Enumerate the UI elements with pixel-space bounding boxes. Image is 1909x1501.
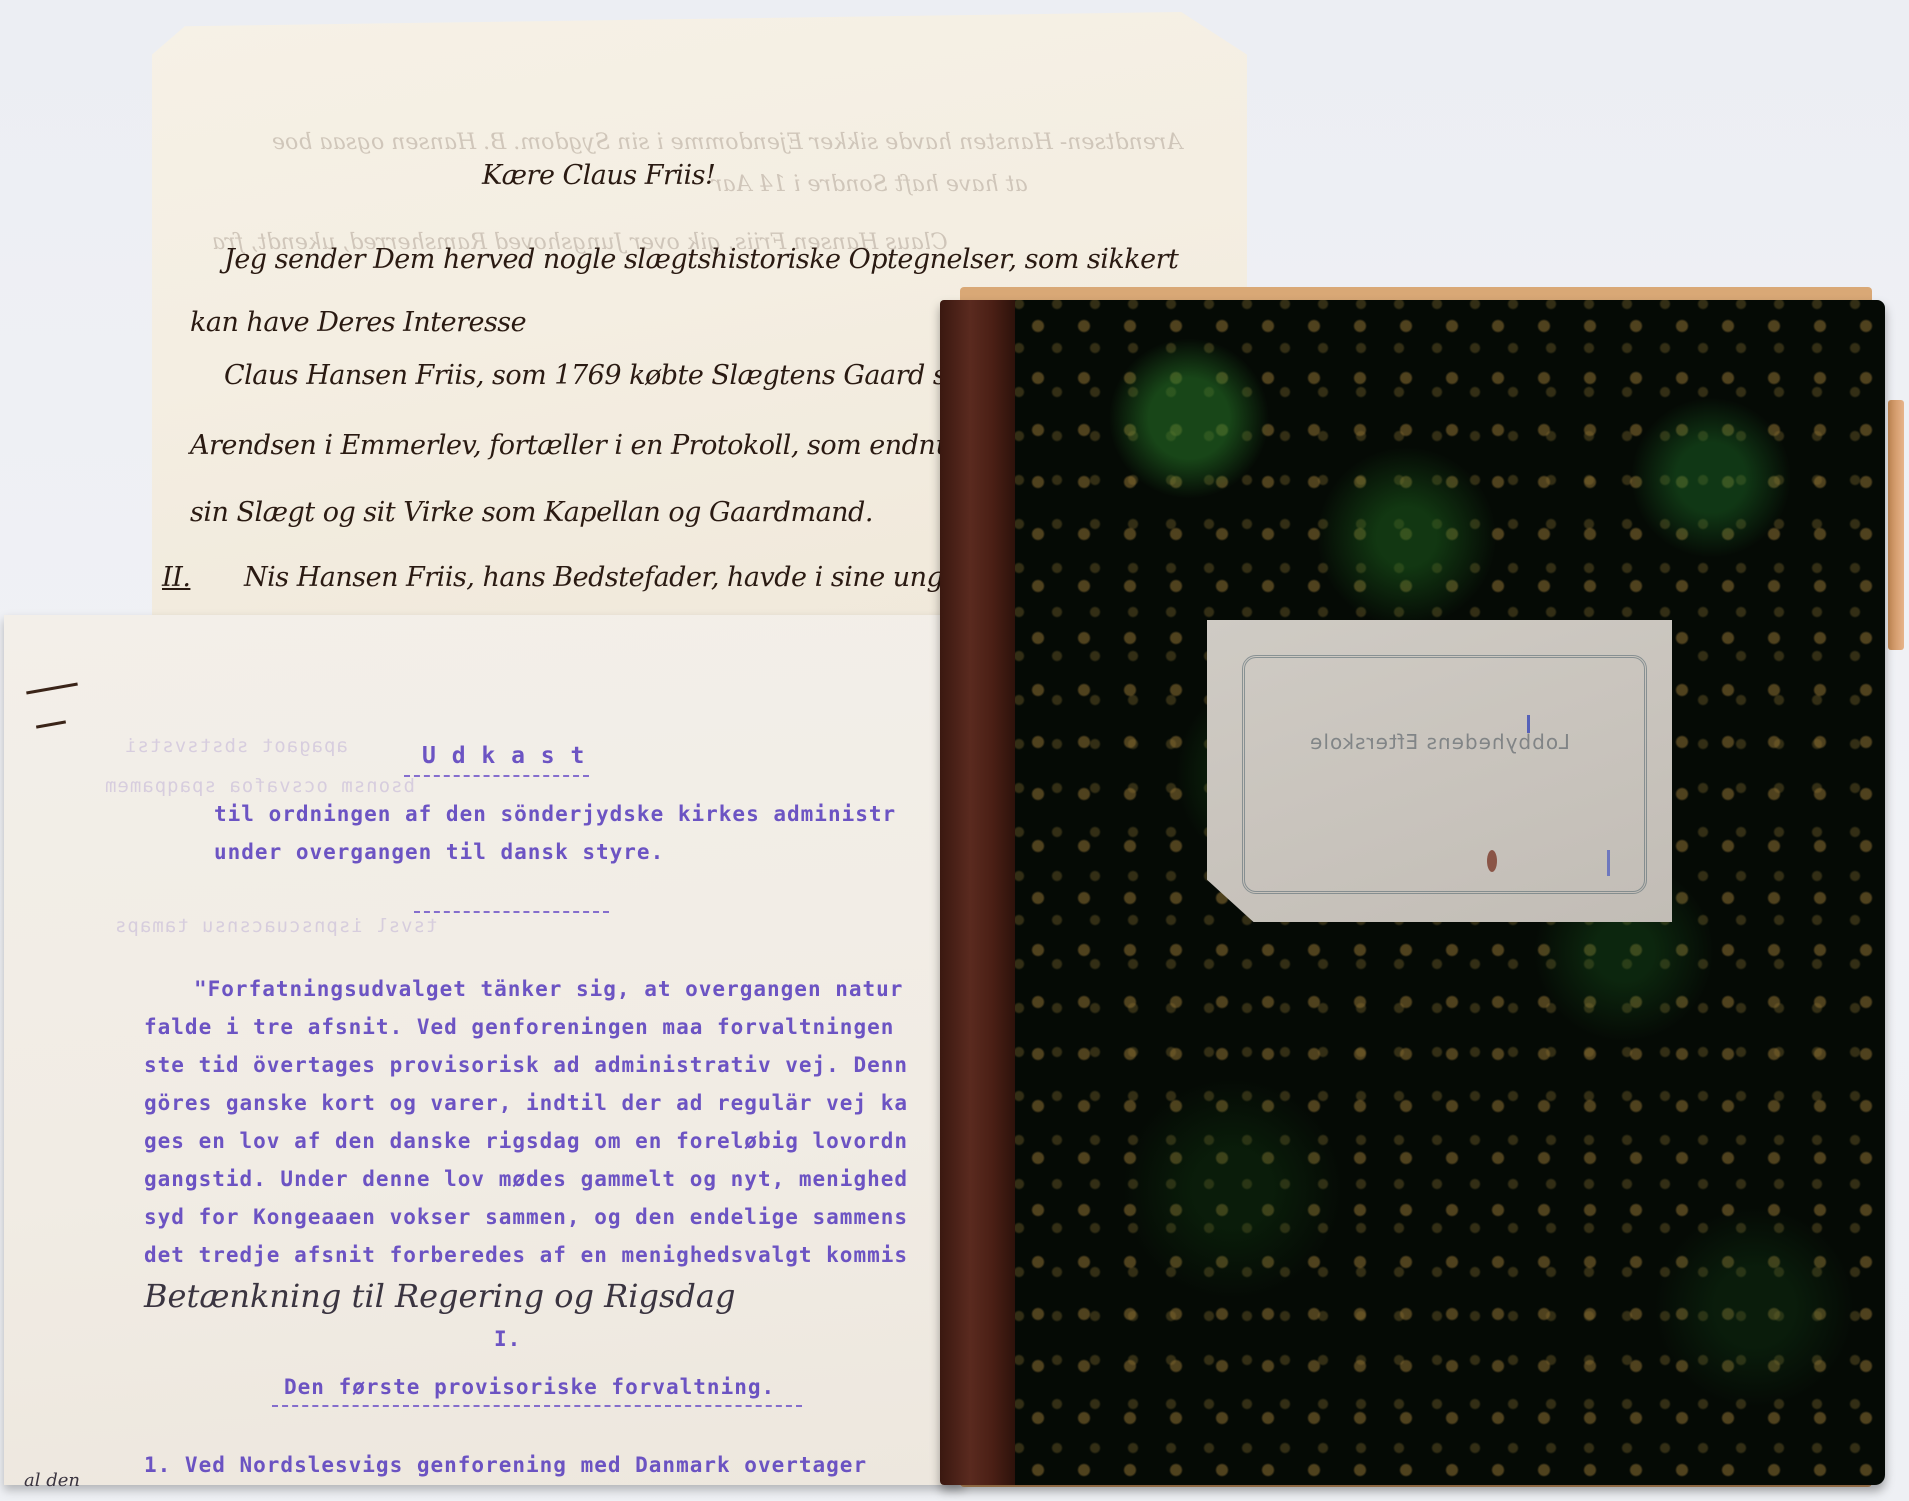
letter-line: Nis Hansen Friis, hans Bedstefader, havd…	[244, 562, 1002, 593]
draft-paragraph-line: det tredje afsnit forberedes af en menig…	[144, 1243, 908, 1267]
section-divider	[414, 911, 609, 913]
draft-paragraph-line: syd for Kongeaaen vokser sammen, og den …	[144, 1205, 908, 1229]
draft-section-title: Den første provisoriske forvaltning.	[284, 1375, 775, 1399]
draft-section-numeral: I.	[494, 1327, 521, 1351]
margin-note: al den	[24, 1470, 80, 1491]
letter-line: sin Slægt og sit Virke som Kapellan og G…	[190, 497, 873, 528]
notebook-label: Lobbyhedens Efterskole	[1207, 620, 1672, 922]
draft-item: 1. Ved Nordslesvigs genforening med Danm…	[144, 1453, 867, 1477]
draft-bleed-through: bsonsm ocsvafoa spaqpamem	[104, 775, 415, 797]
draft-bleed-through: tsvsl ispnscuacsnsu tamaps	[114, 915, 437, 937]
pencil-annotation: Betænkning til Regering og Rigsdag	[144, 1277, 735, 1315]
letter-salutation: Kære Claus Friis!	[482, 160, 715, 191]
label-text: Lobbyhedens Efterskole	[1207, 730, 1672, 754]
ink-mark	[1607, 850, 1610, 876]
letter-line: kan have Deres Interesse	[190, 307, 526, 338]
section-title-underline	[272, 1405, 802, 1407]
draft-title: U d k a s t	[422, 743, 585, 769]
label-ornamental-frame	[1242, 655, 1647, 894]
ink-mark	[1527, 715, 1530, 733]
draft-paragraph-line: göres ganske kort og varer, indtil der a…	[144, 1091, 908, 1115]
letter-section-numeral: II.	[162, 562, 190, 593]
letter-line: Claus Hansen Friis, som 1769 købte Slægt…	[224, 360, 962, 391]
stain-mark	[1487, 850, 1497, 872]
draft-subtitle: under overgangen til dansk styre.	[214, 840, 664, 864]
title-underline	[404, 775, 589, 777]
draft-subtitle: til ordningen af den sönderjydske kirkes…	[214, 802, 896, 826]
draft-paragraph-line: ste tid övertages provisorisk ad adminis…	[144, 1053, 908, 1077]
letter-bleed-through: at have haft Sondre i 14 Aar	[712, 172, 1028, 197]
draft-paragraph-line: falde i tre afsnit. Ved genforeningen ma…	[144, 1015, 894, 1039]
margin-mark	[36, 720, 66, 728]
letter-line: Arendsen i Emmerlev, fortæller i en Prot…	[190, 430, 978, 461]
typewritten-draft: apagaot sbstsvstsi bsonsm ocsvafoa spaqp…	[4, 615, 964, 1485]
notebook-spine	[940, 300, 1015, 1485]
notebook-page-edge	[1888, 400, 1904, 650]
letter-bleed-through: Arendtsen- Hansten havde sikker Ejendomm…	[272, 130, 1182, 155]
letter-line: Jeg sender Dem herved nogle slægtshistor…	[224, 244, 1178, 275]
margin-mark	[26, 683, 78, 695]
draft-paragraph-line: "Forfatningsudvalget tänker sig, at over…	[194, 977, 903, 1001]
draft-paragraph-line: gangstid. Under denne lov mødes gammelt …	[144, 1167, 908, 1191]
draft-bleed-through: apagaot sbstsvstsi	[124, 735, 348, 757]
draft-paragraph-line: ges en lov af den danske rigsdag om en f…	[144, 1129, 908, 1153]
